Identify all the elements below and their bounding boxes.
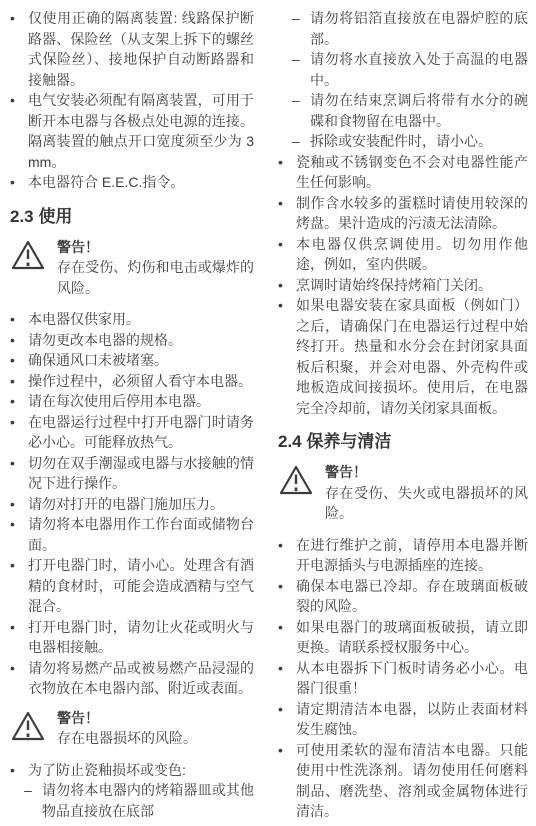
bullet-marker: • xyxy=(10,172,28,193)
list-item: –拆除或安装配件时，请小心。 xyxy=(278,131,528,152)
warning-text: 存在受伤、失火或电器损坏的风险。 xyxy=(325,483,528,524)
warning-content: 警告！ 存在受伤、灼伤和电击或爆炸的风险。 xyxy=(57,237,254,299)
warning-content: 警告！ 存在受伤、失火或电器损坏的风险。 xyxy=(325,462,528,524)
list-item-text: 为了防止瓷釉损坏或变色: xyxy=(28,760,254,781)
bullet-marker: • xyxy=(278,295,296,418)
general-bullet-list: •瓷釉或不锈钢变色不会对电器性能产生任何影响。•制作含水较多的蛋糕时请使用较深的… xyxy=(278,152,528,419)
bullet-marker: • xyxy=(10,391,28,412)
list-item-text: 本电器仅供家用。 xyxy=(28,309,254,330)
bullet-marker: • xyxy=(10,555,28,617)
bullet-marker: • xyxy=(10,8,28,90)
list-item-text: 请勿将易燃产品或被易燃产品浸湿的衣物放在本电器内部、附近或表面。 xyxy=(28,658,254,699)
bullet-marker: • xyxy=(10,514,28,555)
list-item: •请定期清洁本电器，以防止表面材料发生腐蚀。 xyxy=(278,699,528,740)
bullet-marker: • xyxy=(10,494,28,515)
bullet-marker: • xyxy=(278,535,296,576)
list-item-text: 烹调时请始终保持烤箱门关闭。 xyxy=(296,275,528,296)
list-item-text: 请勿将水直接放入处于高温的电器中。 xyxy=(310,49,528,90)
list-item: •在电器运行过程中打开电器门时请务必小心。可能释放热气。 xyxy=(10,412,254,453)
warning-block-damage: 警告！ 存在电器损坏的风险。 xyxy=(10,708,254,749)
warning-label: 警告！ xyxy=(57,708,254,729)
list-item: •可使用柔软的湿布清洁本电器。只能使用中性洗涤剂。请勿使用任何磨料制品、磨洗垫、… xyxy=(278,740,528,822)
prevent-dash-list-continued: –请勿将铝箔直接放在电器炉腔的底部。–请勿将水直接放入处于高温的电器中。–请勿在… xyxy=(278,8,528,152)
list-item: •从本电器拆下门板时请务必小心。电器门很重！ xyxy=(278,658,528,699)
list-item-text: 请在每次使用后停用本电器。 xyxy=(28,391,254,412)
bullet-marker: • xyxy=(278,152,296,193)
dash-marker: – xyxy=(24,780,42,821)
bullet-marker: • xyxy=(10,371,28,392)
warning-triangle-icon xyxy=(278,462,325,524)
bullet-marker: • xyxy=(10,658,28,699)
list-item-text: 拆除或安装配件时，请小心。 xyxy=(310,131,528,152)
warning-label: 警告！ xyxy=(57,237,254,258)
list-item: •请勿更改本电器的规格。 xyxy=(10,330,254,351)
right-column: –请勿将铝箔直接放在电器炉腔的底部。–请勿将水直接放入处于高温的电器中。–请勿在… xyxy=(278,8,528,826)
list-item: •电气安装必须配有隔离装置，可用于断开本电器与各极点处电源的连接。隔离装置的触点… xyxy=(10,90,254,172)
list-item-text: 可使用柔软的湿布清洁本电器。只能使用中性洗涤剂。请勿使用任何磨料制品、磨洗垫、溶… xyxy=(296,740,528,822)
list-item-text: 确保通风口未被堵塞。 xyxy=(28,350,254,371)
bullet-marker: • xyxy=(278,193,296,234)
list-item-text: 本电器符合 E.E.C.指令。 xyxy=(28,172,254,193)
list-item: •制作含水较多的蛋糕时请使用较深的烤盘。果汁造成的污渍无法清除。 xyxy=(278,193,528,234)
list-item: •打开电器门时，请勿让火花或明火与电器相接触。 xyxy=(10,617,254,658)
list-item: •请勿对打开的电器门施加压力。 xyxy=(10,494,254,515)
list-item-text: 操作过程中，必须留人看守本电器。 xyxy=(28,371,254,392)
list-item-text: 如果电器安装在家具面板（例如门）之后，请确保门在电器运行过程中始终打开。热量和水… xyxy=(296,295,528,418)
list-item: •请勿将本电器用作工作台面或储物台面。 xyxy=(10,514,254,555)
list-item: •打开电器门时，请小心。处理含有酒精的食材时，可能会造成酒精与空气混合。 xyxy=(10,555,254,617)
list-item-text: 确保本电器已冷却。存在玻璃面板破裂的风险。 xyxy=(296,576,528,617)
list-item: •请在每次使用后停用本电器。 xyxy=(10,391,254,412)
bullet-marker: • xyxy=(278,617,296,658)
list-item-text: 请勿在结束烹调后将带有水分的碗碟和食物留在电器中。 xyxy=(310,90,528,131)
list-item-text: 电气安装必须配有隔离装置，可用于断开本电器与各极点处电源的连接。隔离装置的触点开… xyxy=(28,90,254,172)
list-item-text: 在电器运行过程中打开电器门时请务必小心。可能释放热气。 xyxy=(28,412,254,453)
list-item: •请勿将易燃产品或被易燃产品浸湿的衣物放在本电器内部、附近或表面。 xyxy=(10,658,254,699)
list-item: –请勿将铝箔直接放在电器炉腔的底部。 xyxy=(278,8,528,49)
list-item: •在进行维护之前，请停用本电器并断开电源插头与电源插座的连接。 xyxy=(278,535,528,576)
list-item-text: 制作含水较多的蛋糕时请使用较深的烤盘。果汁造成的污渍无法清除。 xyxy=(296,193,528,234)
warning-text: 存在受伤、灼伤和电击或爆炸的风险。 xyxy=(57,257,254,298)
list-item-text: 在进行维护之前，请停用本电器并断开电源插头与电源插座的连接。 xyxy=(296,535,528,576)
list-item-text: 请勿将本电器内的烤箱器皿或其他物品直接放在底部 xyxy=(42,780,254,821)
use-bullet-list: •本电器仅供家用。•请勿更改本电器的规格。•确保通风口未被堵塞。•操作过程中，必… xyxy=(10,309,254,699)
bullet-marker: • xyxy=(10,412,28,453)
list-item: –请勿将本电器内的烤箱器皿或其他物品直接放在底部 xyxy=(10,780,254,821)
section-title-use: 2.3 使用 xyxy=(10,206,254,228)
list-item: •操作过程中，必须留人看守本电器。 xyxy=(10,371,254,392)
bullet-marker: • xyxy=(10,350,28,371)
bullet-marker: • xyxy=(10,453,28,494)
list-item: –请勿将水直接放入处于高温的电器中。 xyxy=(278,49,528,90)
bullet-marker: • xyxy=(10,617,28,658)
bullet-marker: • xyxy=(10,309,28,330)
list-item-text: 如果电器门的玻璃面板破损，请立即更换。请联系授权服务中心。 xyxy=(296,617,528,658)
warning-label: 警告！ xyxy=(325,462,528,483)
bullet-marker: • xyxy=(10,90,28,172)
list-item-text: 请勿将本电器用作工作台面或储物台面。 xyxy=(28,514,254,555)
list-item-text: 请勿将铝箔直接放在电器炉腔的底部。 xyxy=(310,8,528,49)
list-item: •如果电器门的玻璃面板破损，请立即更换。请联系授权服务中心。 xyxy=(278,617,528,658)
list-item: •瓷釉或不锈钢变色不会对电器性能产生任何影响。 xyxy=(278,152,528,193)
list-item: •本电器仅供烹调使用。切勿用作他途，例如，室内供暖。 xyxy=(278,234,528,275)
list-item-text: 打开电器门时，请勿让火花或明火与电器相接触。 xyxy=(28,617,254,658)
isolation-bullet-list: •仅使用正确的隔离装置: 线路保护断路器、保险丝（从支架上拆下的螺丝式保险丝）、… xyxy=(10,8,254,193)
list-item: –请勿在结束烹调后将带有水分的碗碟和食物留在电器中。 xyxy=(278,90,528,131)
list-item-text: 从本电器拆下门板时请务必小心。电器门很重！ xyxy=(296,658,528,699)
care-bullet-list: •在进行维护之前，请停用本电器并断开电源插头与电源插座的连接。•确保本电器已冷却… xyxy=(278,535,528,822)
section-title-care: 2.4 保养与清洁 xyxy=(278,431,528,453)
dash-marker: – xyxy=(292,131,310,152)
list-item-text: 瓷釉或不锈钢变色不会对电器性能产生任何影响。 xyxy=(296,152,528,193)
warning-block-care: 警告！ 存在受伤、失火或电器损坏的风险。 xyxy=(278,462,528,524)
left-column: •仅使用正确的隔离装置: 线路保护断路器、保险丝（从支架上拆下的螺丝式保险丝）、… xyxy=(10,8,254,826)
prevent-dash-list: –请勿将本电器内的烤箱器皿或其他物品直接放在底部 xyxy=(10,780,254,821)
bullet-marker: • xyxy=(278,576,296,617)
bullet-marker: • xyxy=(278,658,296,699)
list-item: •本电器仅供家用。 xyxy=(10,309,254,330)
manual-page: •仅使用正确的隔离装置: 线路保护断路器、保险丝（从支架上拆下的螺丝式保险丝）、… xyxy=(0,0,536,826)
bullet-marker: • xyxy=(278,740,296,822)
list-item-text: 请勿对打开的电器门施加压力。 xyxy=(28,494,254,515)
bullet-marker: • xyxy=(278,699,296,740)
warning-block-use: 警告！ 存在受伤、灼伤和电击或爆炸的风险。 xyxy=(10,237,254,299)
list-item-text: 本电器仅供烹调使用。切勿用作他途，例如，室内供暖。 xyxy=(296,234,528,275)
warning-triangle-icon xyxy=(10,708,57,749)
list-item-text: 切勿在双手潮湿或电器与水接触的情况下进行操作。 xyxy=(28,453,254,494)
list-item: •切勿在双手潮湿或电器与水接触的情况下进行操作。 xyxy=(10,453,254,494)
bullet-marker: • xyxy=(278,275,296,296)
list-item: •为了防止瓷釉损坏或变色: xyxy=(10,760,254,781)
list-item: •如果电器安装在家具面板（例如门）之后，请确保门在电器运行过程中始终打开。热量和… xyxy=(278,295,528,418)
warning-content: 警告！ 存在电器损坏的风险。 xyxy=(57,708,254,749)
bullet-marker: • xyxy=(278,234,296,275)
list-item: •确保通风口未被堵塞。 xyxy=(10,350,254,371)
list-item: •确保本电器已冷却。存在玻璃面板破裂的风险。 xyxy=(278,576,528,617)
prevent-bullet-list: •为了防止瓷釉损坏或变色: xyxy=(10,760,254,781)
list-item-text: 请定期清洁本电器，以防止表面材料发生腐蚀。 xyxy=(296,699,528,740)
dash-marker: – xyxy=(292,49,310,90)
list-item: •本电器符合 E.E.C.指令。 xyxy=(10,172,254,193)
list-item-text: 打开电器门时，请小心。处理含有酒精的食材时，可能会造成酒精与空气混合。 xyxy=(28,555,254,617)
warning-triangle-icon xyxy=(10,237,57,299)
list-item: •烹调时请始终保持烤箱门关闭。 xyxy=(278,275,528,296)
bullet-marker: • xyxy=(10,330,28,351)
bullet-marker: • xyxy=(10,760,28,781)
dash-marker: – xyxy=(292,8,310,49)
dash-marker: – xyxy=(292,90,310,131)
list-item: •仅使用正确的隔离装置: 线路保护断路器、保险丝（从支架上拆下的螺丝式保险丝）、… xyxy=(10,8,254,90)
warning-text: 存在电器损坏的风险。 xyxy=(57,728,254,749)
list-item-text: 请勿更改本电器的规格。 xyxy=(28,330,254,351)
list-item-text: 仅使用正确的隔离装置: 线路保护断路器、保险丝（从支架上拆下的螺丝式保险丝）、接… xyxy=(28,8,254,90)
